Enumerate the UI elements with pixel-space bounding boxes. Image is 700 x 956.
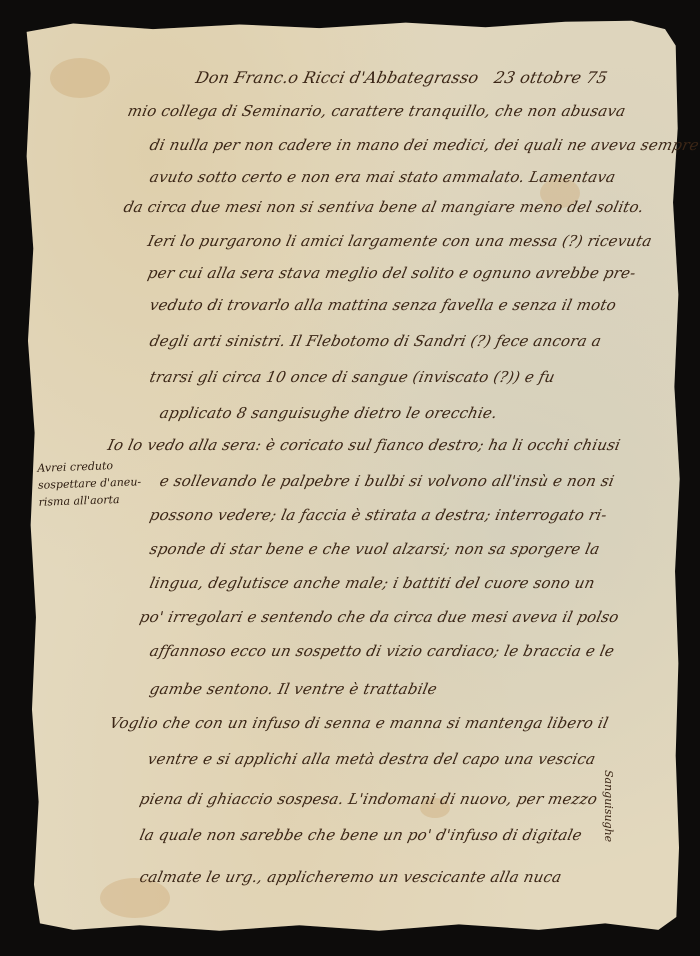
date: 23 ottobre 75 [492,68,609,87]
text-line: veduto di trovarlo alla mattina senza fa… [148,296,618,314]
text-line: Ieri lo purgarono li amici largamente co… [146,232,654,250]
margin-note-line: risma all'aorta [38,490,142,511]
text-line: mio collega di Seminario, carattere tran… [126,102,627,120]
text-line: lingua, deglutisce anche male; i battiti… [148,574,597,592]
right-margin-note: Sanguisughe [602,770,615,842]
text-line: calmate le urg., applicheremo un vescica… [138,868,563,886]
text-line: possono vedere; la faccia è stirata a de… [148,506,609,524]
text-line: di nulla per non cadere in mano dei medi… [148,136,700,154]
text-line: avuto sotto certo e non era mai stato am… [148,168,617,186]
text-line: ventre e si applichi alla metà destra de… [146,750,597,768]
text-line: degli arti sinistri. Il Flebotomo di San… [148,332,603,350]
margin-note-line: sospettare d'aneu- [38,473,142,494]
left-margin-note: Avrei creduto sospettare d'aneu- risma a… [37,456,142,511]
text-line: per cui alla sera stava meglio del solit… [146,264,637,282]
text-line: sponde di star bene e che vuol alzarsi; … [148,540,601,558]
text-line: gambe sentono. Il ventre è trattabile [148,680,439,698]
text-line: trarsi gli circa 10 once di sangue (invi… [148,368,556,386]
text-line: applicato 8 sanguisughe dietro le orecch… [158,404,499,422]
text-line: po' irregolari e sentendo che da circa d… [138,608,620,626]
header-line: Don Franc.o Ricci d'Abbategrasso 23 otto… [194,68,609,87]
text-line: Io lo vedo alla sera: è coricato sul fia… [106,436,622,454]
text-line: piena di ghiaccio sospesa. L'indomani di… [138,790,599,808]
text-line: da circa due mesi non si sentiva bene al… [122,198,645,216]
text-line: affannoso ecco un sospetto di vizio card… [148,642,616,660]
text-line: e sollevando le palpebre i bulbi si volv… [158,472,616,490]
text-line: Voglio che con un infuso di senna e mann… [108,714,610,732]
text-line: la quale non sarebbe che bene un po' d'i… [138,826,584,844]
addressee: Don Franc.o Ricci d'Abbategrasso [194,68,481,87]
foxing-stain [50,58,110,98]
